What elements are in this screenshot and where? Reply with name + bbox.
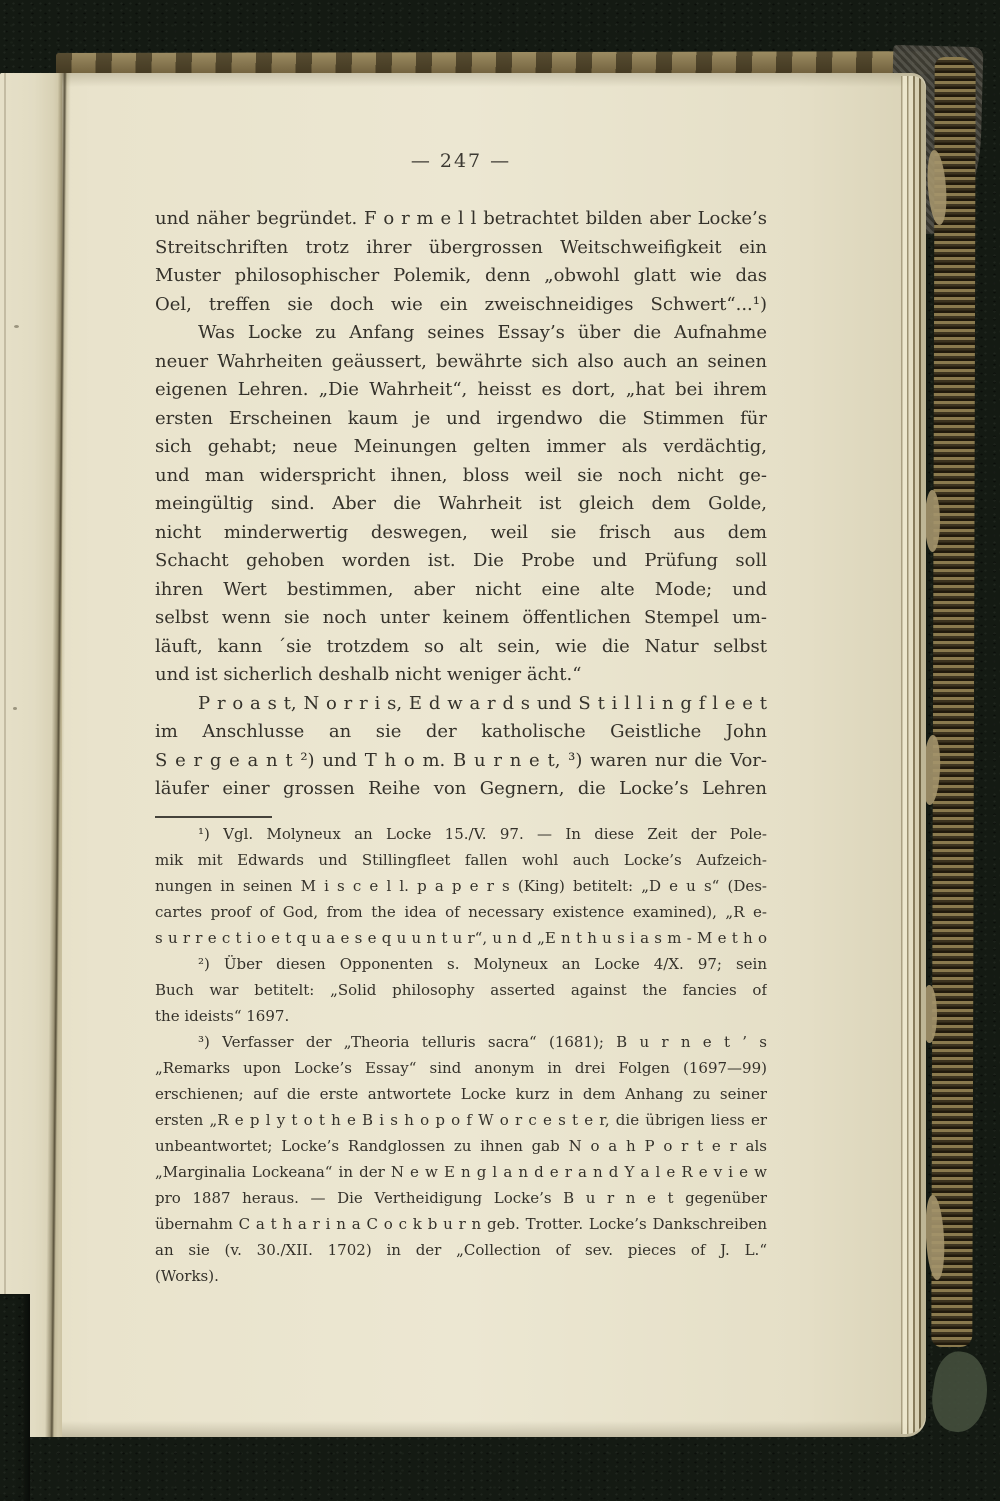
footnote-line: the ideists“ 1697.	[155, 1003, 767, 1029]
text-line: läuft, kann ´sie trotzdem so alt sein, w…	[155, 633, 767, 662]
footnote-line: s u r r e c t i o e t q u a e s e q u u …	[155, 925, 767, 951]
footnote-line: „Remarks upon Locke’s Essay“ sind anonym…	[155, 1055, 767, 1081]
footnote-line: erschienen; auf die erste antwortete Loc…	[155, 1081, 767, 1107]
text-line: Muster philosophischer Polemik, denn „ob…	[155, 262, 767, 291]
cover-wear-spot	[927, 1348, 993, 1435]
book-photograph: { "page": { "number": "— 247 —" }, "body…	[0, 0, 1000, 1501]
text-line: eigenen Lehren. „Die Wahrheit“, heisst e…	[155, 376, 767, 405]
footnote-line: unbeantwortet; Locke’s Randglossen zu ih…	[155, 1133, 767, 1159]
book-page: — 247 — und näher begründet. F o r m e l…	[0, 73, 926, 1437]
page-stack-edges	[896, 76, 926, 1434]
footnote-line: übernahm C a t h a r i n a C o c k b u r…	[155, 1211, 767, 1237]
text-line: S e r g e a n t ²) und T h o m. B u r n …	[155, 747, 767, 776]
text-line: neuer Wahrheiten geäussert, bewährte sic…	[155, 348, 767, 377]
footnote-line: ¹) Vgl. Molyneux an Locke 15./V. 97. — I…	[155, 821, 767, 847]
footnote-line: „Marginalia Lockeana“ in der N e w E n g…	[155, 1159, 767, 1185]
paper-speck	[14, 325, 19, 328]
page-number: — 247 —	[155, 150, 767, 172]
footnote-line: (Works).	[155, 1263, 767, 1289]
text-line: und man widerspricht ihnen, bloss weil s…	[155, 462, 767, 491]
text-line: nicht minderwertig deswegen, weil sie fr…	[155, 519, 767, 548]
text-line: sich gehabt; neue Meinungen gelten immer…	[155, 433, 767, 462]
footnote-line: cartes proof of God, from the idea of ne…	[155, 899, 767, 925]
text-line: ersten Erscheinen kaum je und irgendwo d…	[155, 405, 767, 434]
footnote-line: ²) Über diesen Opponenten s. Molyneux an…	[155, 951, 767, 977]
text-line: Oel, treffen sie doch wie ein zweischnei…	[155, 291, 767, 320]
footnote-line: mik mit Edwards und Stillingfleet fallen…	[155, 847, 767, 873]
text-line: und ist sicherlich deshalb nicht weniger…	[155, 661, 767, 690]
text-line: läufer einer grossen Reihe von Gegnern, …	[155, 775, 767, 804]
paper-speck	[13, 707, 17, 710]
footnote-line: Buch war betitelt: „Solid philosophy ass…	[155, 977, 767, 1003]
text-line: Was Locke zu Anfang seines Essay’s über …	[155, 319, 767, 348]
cover-bottom-left	[0, 1294, 30, 1501]
footnote-line: pro 1887 heraus. — Die Vertheidigung Loc…	[155, 1185, 767, 1211]
footnote-line: an sie (v. 30./XII. 1702) in der „Collec…	[155, 1237, 767, 1263]
footnote-line: ³) Verfasser der „Theoria telluris sacra…	[155, 1029, 767, 1055]
text-line: ihren Wert bestimmen, aber nicht eine al…	[155, 576, 767, 605]
fore-edge-stripes	[931, 57, 975, 1347]
footnote-line: nungen in seinen M i s c e l l. p a p e …	[155, 873, 767, 899]
text-line: Schacht gehoben worden ist. Die Probe un…	[155, 547, 767, 576]
text-line: P r o a s t, N o r r i s, E d w a r d s …	[155, 690, 767, 719]
footnote-separator	[155, 816, 272, 818]
text-line: selbst wenn sie noch unter keinem öffent…	[155, 604, 767, 633]
text-line: im Anschlusse an sie der katholische Gei…	[155, 718, 767, 747]
footnote-2: ²) Über diesen Opponenten s. Molyneux an…	[155, 951, 767, 1029]
main-text: und näher begründet. F o r m e l l betra…	[155, 205, 767, 804]
page-edge-line	[4, 73, 6, 1437]
text-line: Streitschriften trotz ihrer übergrossen …	[155, 234, 767, 263]
text-line: meingültig sind. Aber die Wahrheit ist g…	[155, 490, 767, 519]
text-line: und näher begründet. F o r m e l l betra…	[155, 205, 767, 234]
worn-edge-patch	[925, 490, 940, 552]
footnote-1: ¹) Vgl. Molyneux an Locke 15./V. 97. — I…	[155, 821, 767, 951]
footnotes: ¹) Vgl. Molyneux an Locke 15./V. 97. — I…	[155, 821, 767, 1289]
footnote-line: ersten „R e p l y t o t h e B i s h o p …	[155, 1107, 767, 1133]
footnote-3: ³) Verfasser der „Theoria telluris sacra…	[155, 1029, 767, 1289]
